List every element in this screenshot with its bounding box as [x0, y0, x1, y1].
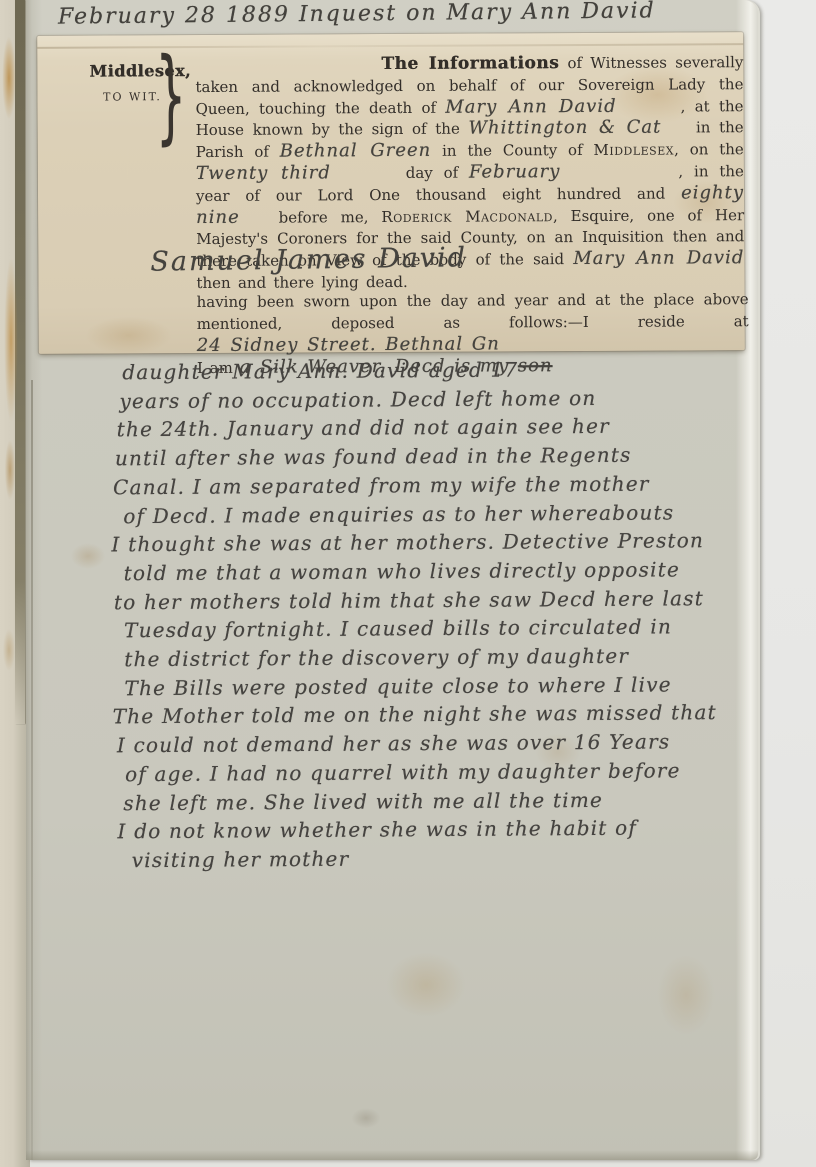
binding-stain: [2, 620, 16, 680]
page-bottom-edge: [26, 1150, 758, 1160]
handwritten-deposition: daughter Mary Ann. David aged 17 years o…: [122, 354, 766, 875]
printed-text: , on the: [674, 140, 744, 158]
deposition-line: of age. I had no quarrel with my daughte…: [125, 756, 765, 789]
binding-stain: [2, 18, 16, 138]
ledger-page: February 28 1889 Inquest on Mary Ann Dav…: [26, 0, 758, 1160]
deposition-line: she left me. She lived with me all the t…: [123, 784, 765, 817]
deposition-line: I do not know whether she was in the hab…: [117, 813, 765, 846]
deposition-line: visiting her mother: [132, 842, 766, 875]
deposition-line: the district for the discovery of my dau…: [124, 641, 764, 674]
parish-entry: Bethnal Green: [280, 140, 432, 162]
inquest-form-paper: Middlesex, TO WIT. } The Informations of…: [37, 32, 745, 354]
printed-text: day of: [395, 164, 469, 182]
deposition-line: until after she was found dead in the Re…: [115, 440, 763, 473]
printed-text: having been sworn upon the day and year …: [197, 290, 749, 333]
deposition-line: I thought she was at her mothers. Detect…: [111, 526, 763, 559]
deposition-line: of Decd. I made enquiries as to her wher…: [123, 497, 763, 530]
deposition-line: I could not demand her as she was over 1…: [117, 727, 765, 760]
month-entry: February: [469, 160, 678, 182]
deposition-line: daughter Mary Ann. David aged 17: [122, 354, 762, 387]
house-sign-entry: Whittington & Cat: [468, 117, 687, 139]
deposition-line: Canal. I am separated from my wife the m…: [113, 469, 763, 502]
deposition-line: The Bills were posted quite close to whe…: [124, 669, 764, 702]
deposition-line: Tuesday fortnight. I caused bills to cir…: [124, 612, 764, 645]
deposition-line: The Mother told me on the night she was …: [113, 698, 765, 731]
printed-text: before me,: [266, 208, 382, 227]
address-entry: 24 Sidney Street. Bethnal Gn: [197, 333, 500, 356]
binding-stain: [3, 210, 18, 500]
witness-signature: Samuel James David: [150, 242, 467, 277]
page-crease: [31, 380, 33, 1160]
deceased-name-entry: Mary Ann David: [573, 247, 744, 269]
deposition-line: told me that a woman who lives directly …: [124, 555, 764, 588]
county-smallcaps: Middlesex: [593, 141, 674, 159]
header-annotation: February 28 1889 Inquest on Mary Ann Dav…: [58, 0, 748, 30]
deposition-line: years of no occupation. Decd left home o…: [119, 382, 762, 415]
form-title: The Informations: [381, 53, 559, 74]
deposition-line: to her mothers told him that she saw Dec…: [114, 583, 764, 616]
scanned-inquest-document: February 28 1889 Inquest on Mary Ann Dav…: [0, 0, 816, 1167]
form-fold-crease: [37, 43, 743, 49]
printed-text: in the County of: [431, 141, 593, 160]
day-entry: Twenty third: [196, 162, 395, 184]
deposition-line: the 24th. January and did not again see …: [117, 411, 763, 444]
brace-glyph: }: [155, 45, 186, 148]
coroner-name: Roderick Macdonald: [381, 207, 553, 226]
deceased-name-entry: Mary Ann David: [445, 95, 680, 117]
